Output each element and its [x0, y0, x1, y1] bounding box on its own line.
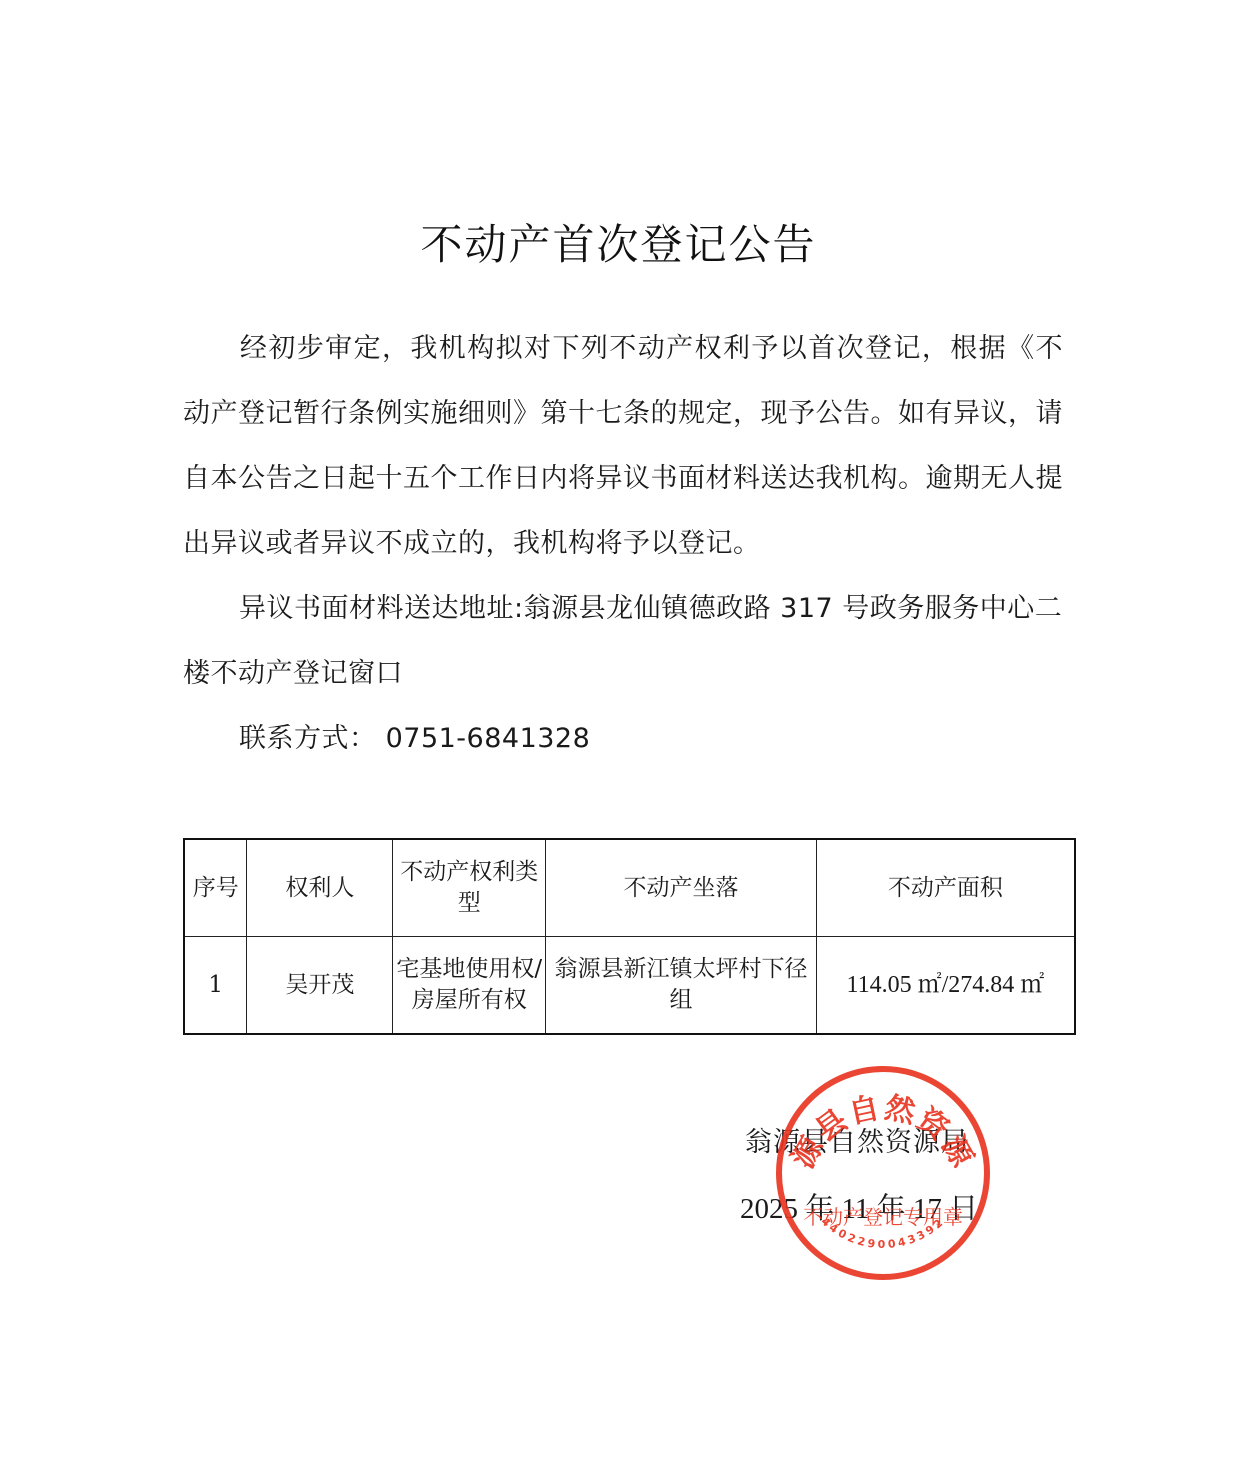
cell-location: 翁源县新江镇太坪村下径组 [546, 937, 817, 1035]
official-seal-icon: 翁源县自然资源局 不动产登记专用章 4402290043392 [772, 1062, 994, 1284]
header-location: 不动产坐落 [546, 839, 817, 937]
document-page: 不动产首次登记公告 经初步审定，我机构拟对下列不动产权利予以首次登记，根据《不动… [0, 0, 1237, 1484]
document-title: 不动产首次登记公告 [0, 212, 1237, 272]
cell-area: 114.05 ㎡/274.84 ㎡ [816, 937, 1075, 1035]
intro-paragraph: 经初步审定，我机构拟对下列不动产权利予以首次登记，根据《不动产登记暂行条例实施细… [183, 316, 1063, 576]
contact-paragraph: 联系方式： 0751-6841328 [183, 706, 1063, 771]
header-index: 序号 [184, 839, 247, 937]
address-text: 异议书面材料送达地址:翁源县龙仙镇德政路 317 号政务服务中心二楼不动产登记窗… [183, 593, 1062, 689]
header-right-type: 不动产权利类型 [393, 839, 546, 937]
table-header-row: 序号 权利人 不动产权利类型 不动产坐落 不动产面积 [184, 839, 1075, 937]
seal-top-text: 翁源县自然资源局 [772, 1062, 980, 1175]
header-area: 不动产面积 [816, 839, 1075, 937]
cell-right-type: 宅基地使用权/房屋所有权 [393, 937, 546, 1035]
contact-text: 联系方式： 0751-6841328 [239, 723, 590, 754]
table-row: 1 吴开茂 宅基地使用权/房屋所有权 翁源县新江镇太坪村下径组 114.05 ㎡… [184, 937, 1075, 1035]
address-paragraph: 异议书面材料送达地址:翁源县龙仙镇德政路 317 号政务服务中心二楼不动产登记窗… [183, 576, 1063, 706]
registration-table: 序号 权利人 不动产权利类型 不动产坐落 不动产面积 1 吴开茂 宅基地使用权/… [183, 838, 1076, 1035]
cell-index: 1 [184, 937, 247, 1035]
header-owner: 权利人 [247, 839, 393, 937]
cell-owner: 吴开茂 [247, 937, 393, 1035]
svg-text:翁源县自然资源局: 翁源县自然资源局 [772, 1062, 980, 1175]
intro-text: 经初步审定，我机构拟对下列不动产权利予以首次登记，根据《不动产登记暂行条例实施细… [183, 333, 1063, 559]
